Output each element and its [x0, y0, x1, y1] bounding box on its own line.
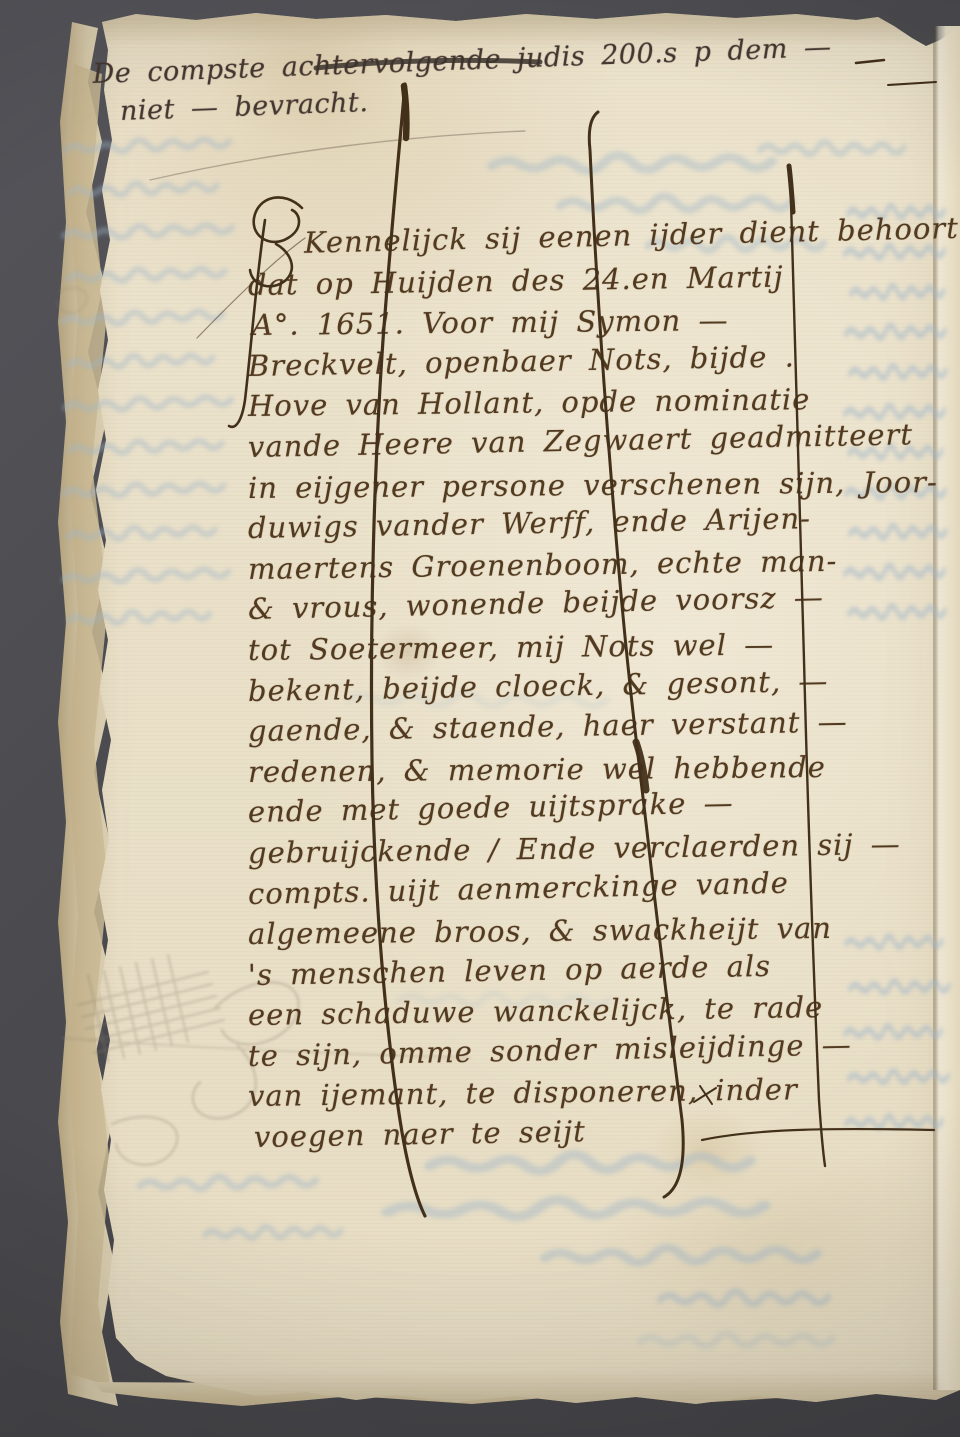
scanner-background: De compste achtervolgende judis 200.s p … [0, 0, 960, 1437]
manuscript-body-text: Kennelijck sij eenen ijder dient behoort… [248, 224, 948, 1158]
